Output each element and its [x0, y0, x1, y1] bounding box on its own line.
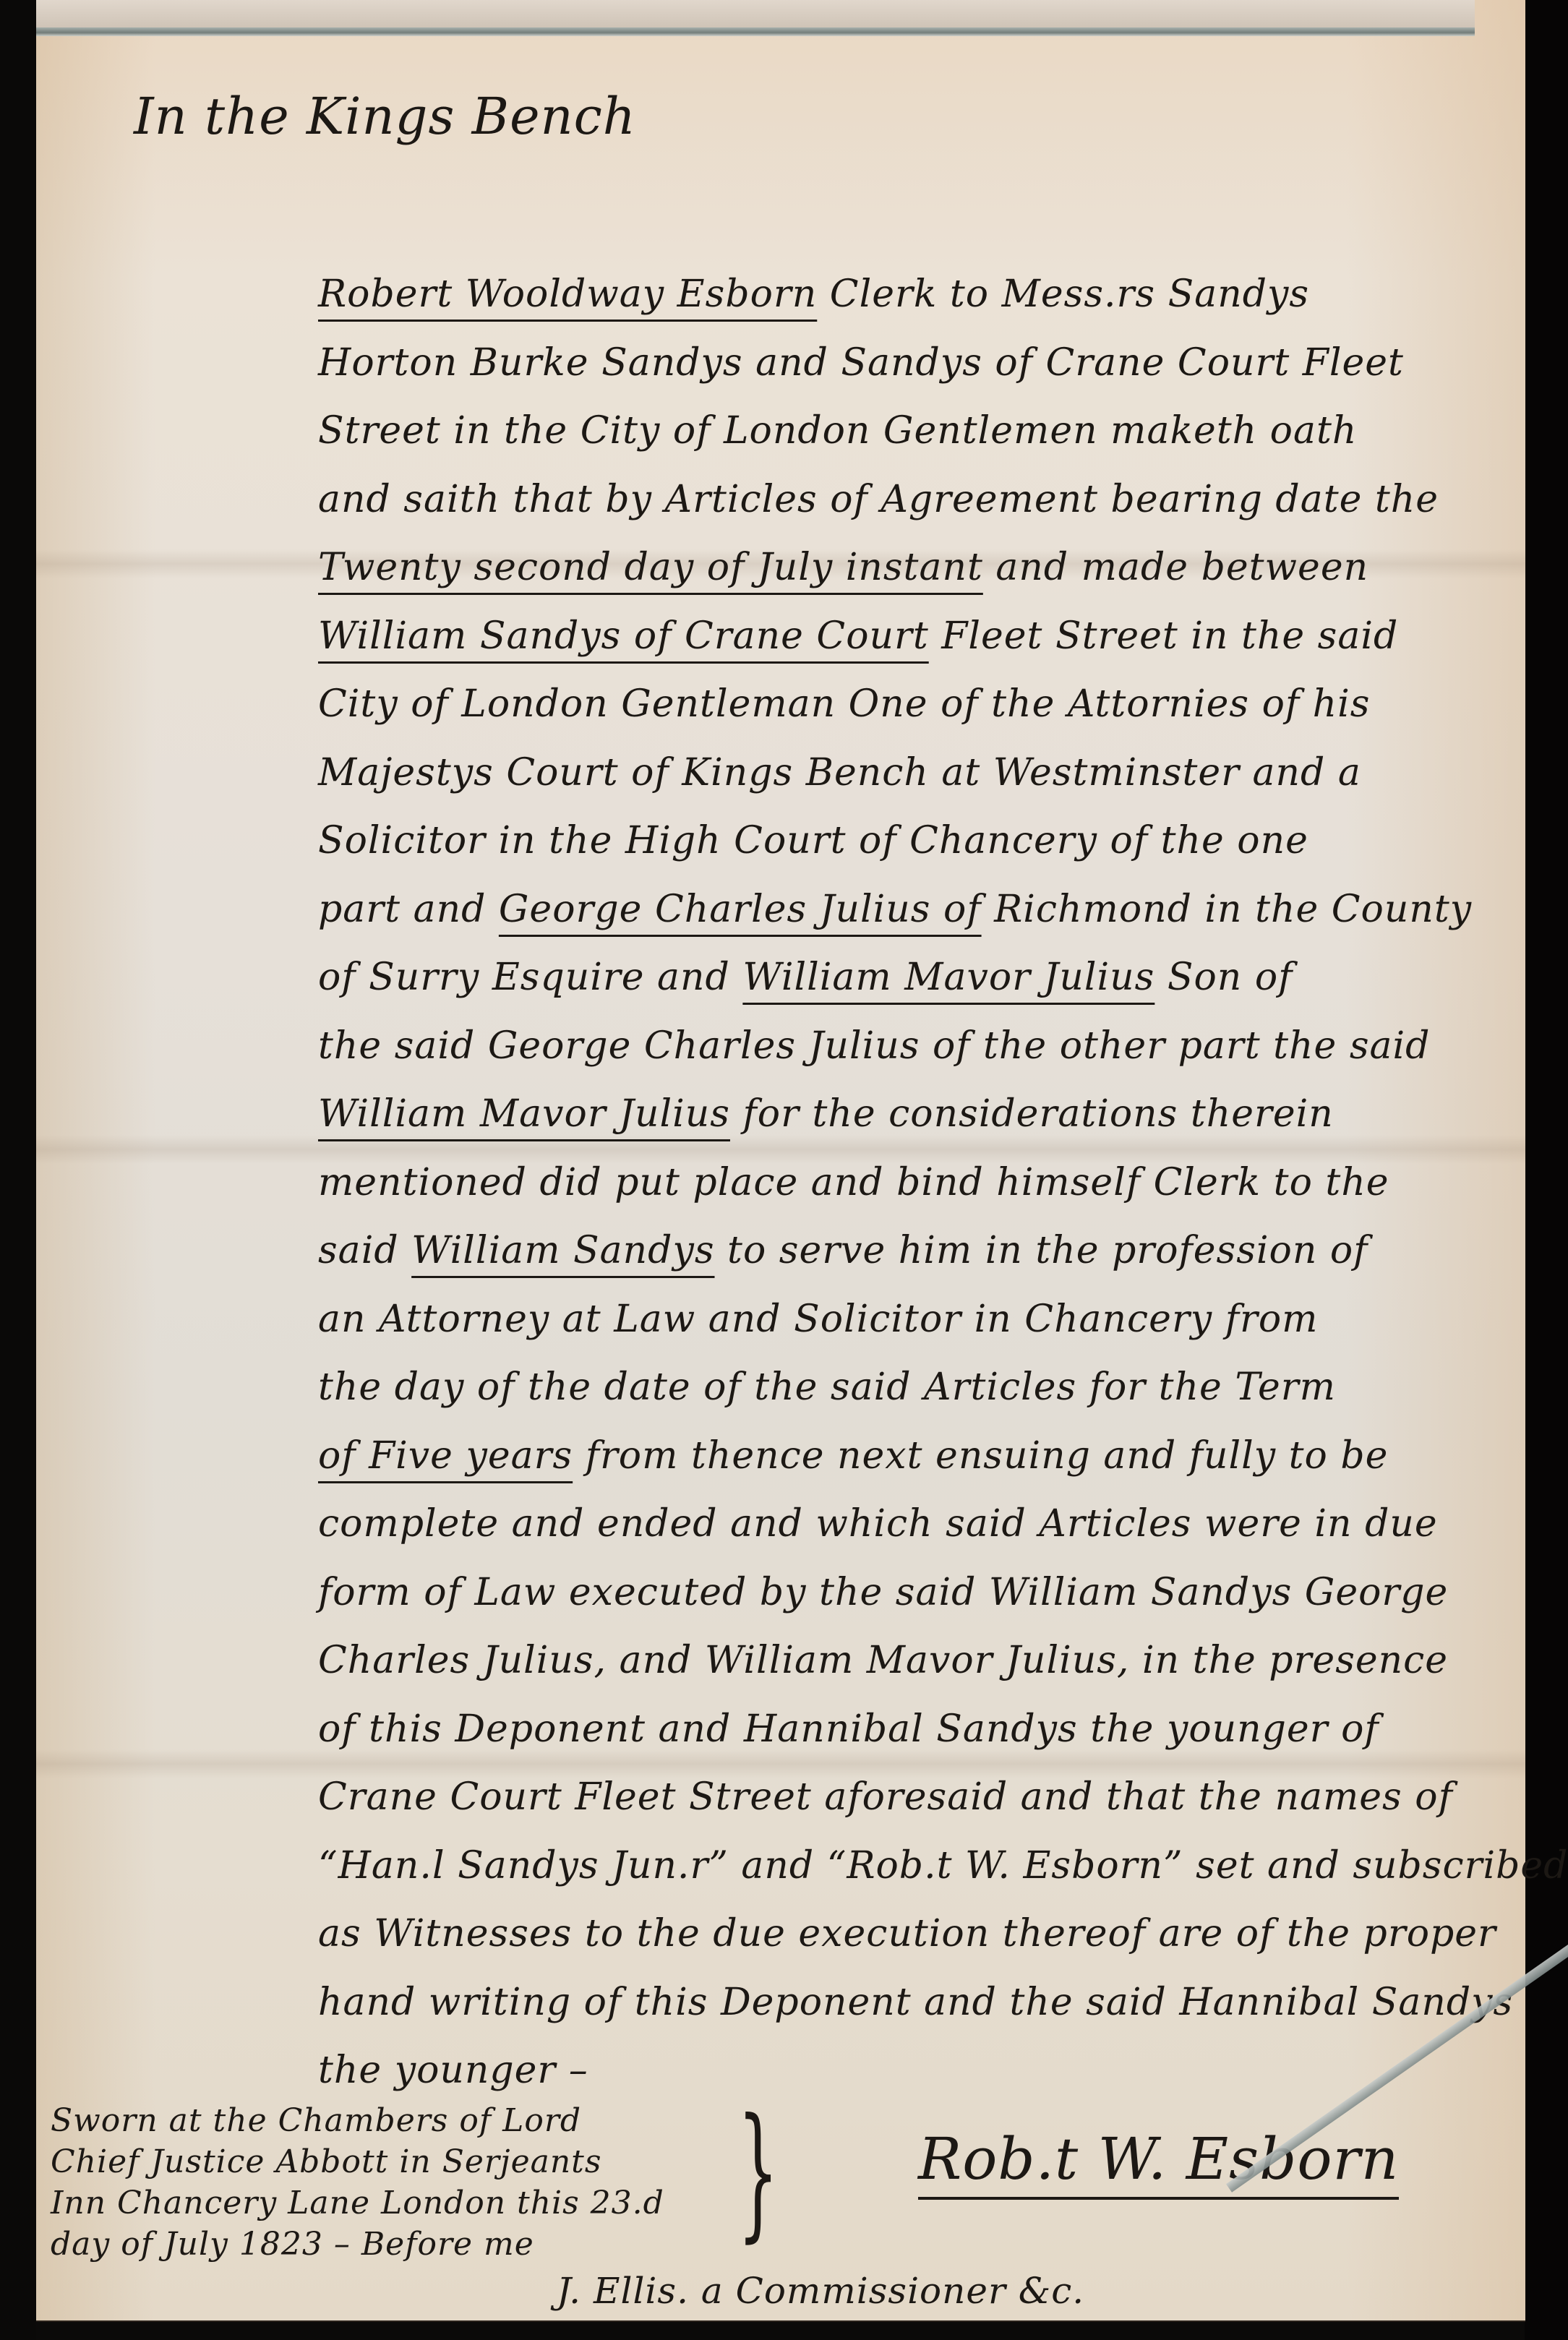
affidavit-line: the said George Charles Julius of the ot…	[318, 1012, 1518, 1081]
line-text: City of London Gentleman One of the Atto…	[318, 682, 1370, 726]
affidavit-body: Robert Wooldway Esborn Clerk to Mess.rs …	[318, 260, 1518, 2105]
underlined-name: William Sandys of Crane Court	[318, 614, 929, 658]
jurat-line: Sworn at the Chambers of Lord	[51, 2100, 745, 2141]
line-text: and saith that by Articles of Agreement …	[318, 478, 1439, 521]
affidavit-line: Twenty second day of July instant and ma…	[318, 533, 1518, 602]
affidavit-line: complete and ended and which said Articl…	[318, 1490, 1518, 1559]
underlined-name: of Five years	[318, 1434, 573, 1478]
line-text: of this Deponent and Hannibal Sandys the…	[318, 1707, 1379, 1751]
line-text: form of Law executed by the said William…	[318, 1571, 1448, 1614]
affidavit-line: form of Law executed by the said William…	[318, 1559, 1518, 1627]
line-text: Fleet Street in the said	[929, 614, 1399, 658]
scan-left-border	[0, 0, 36, 2340]
jurat-brace: }	[737, 2100, 779, 2245]
underlined-name: Twenty second day of July instant	[318, 546, 983, 589]
affidavit-line: said William Sandys to serve him in the …	[318, 1217, 1518, 1285]
affidavit-line: the day of the date of the said Articles…	[318, 1353, 1518, 1422]
line-text: complete and ended and which said Articl…	[318, 1502, 1438, 1546]
affidavit-line: Majestys Court of Kings Bench at Westmin…	[318, 739, 1518, 807]
line-text: Charles Julius, and William Mavor Julius…	[318, 1639, 1448, 1682]
affidavit-line: Street in the City of London Gentlemen m…	[318, 397, 1518, 466]
affidavit-line: Solicitor in the High Court of Chancery …	[318, 807, 1518, 875]
line-text: mentioned did put place and bind himself…	[318, 1161, 1389, 1204]
affidavit-line: of Five years from thence next ensuing a…	[318, 1422, 1518, 1491]
line-text: Street in the City of London Gentlemen m…	[318, 409, 1357, 453]
scan-background	[1525, 0, 1568, 2340]
line-text: the said George Charles Julius of the ot…	[318, 1024, 1430, 1068]
line-text: Richmond in the County	[982, 888, 1473, 931]
underlined-name: Robert Wooldway Esborn	[318, 273, 817, 316]
affidavit-line: Horton Burke Sandys and Sandys of Crane …	[318, 329, 1518, 398]
affidavit-line: of this Deponent and Hannibal Sandys the…	[318, 1695, 1518, 1764]
affidavit-line: City of London Gentleman One of the Atto…	[318, 670, 1518, 739]
underlined-name: William Sandys	[411, 1229, 714, 1272]
affidavit-line: and saith that by Articles of Agreement …	[318, 466, 1518, 534]
line-text: of Surry Esquire and	[318, 956, 742, 999]
line-text: Majestys Court of Kings Bench at Westmin…	[318, 751, 1361, 794]
line-text: an Attorney at Law and Solicitor in Chan…	[318, 1298, 1318, 1341]
line-text: as Witnesses to the due execution thereo…	[318, 1912, 1496, 1955]
line-text: Crane Court Fleet Street aforesaid and t…	[318, 1775, 1453, 1819]
court-heading: In the Kings Bench	[134, 87, 636, 146]
affidavit-line: William Sandys of Crane Court Fleet Stre…	[318, 602, 1518, 671]
affidavit-line: mentioned did put place and bind himself…	[318, 1149, 1518, 1217]
underlined-name: William Mavor Julius	[742, 956, 1154, 999]
glass-strip-edge	[36, 27, 1475, 36]
line-text: Clerk to Mess.rs Sandys	[817, 273, 1309, 316]
line-text: Solicitor in the High Court of Chancery …	[318, 819, 1308, 862]
deponent-signature: Rob.t W. Esborn	[918, 2125, 1399, 2200]
line-text: and made between	[983, 546, 1368, 589]
line-text: hand writing of this Deponent and the sa…	[318, 1981, 1513, 2024]
line-text: said	[318, 1229, 411, 1272]
affidavit-line: “Han.l Sandys Jun.r” and “Rob.t W. Esbor…	[318, 1832, 1518, 1900]
line-text: from thence next ensuing and fully to be	[573, 1434, 1388, 1478]
affidavit-line: William Mavor Julius for the considerati…	[318, 1080, 1518, 1149]
line-text: Horton Burke Sandys and Sandys of Crane …	[318, 341, 1404, 385]
line-text: the younger –	[318, 2049, 588, 2092]
affidavit-line: part and George Charles Julius of Richmo…	[318, 875, 1518, 944]
jurat-line: Inn Chancery Lane London this 23.d	[51, 2182, 745, 2224]
affidavit-line: Crane Court Fleet Street aforesaid and t…	[318, 1763, 1518, 1832]
jurat-line: Chief Justice Abbott in Serjeants	[51, 2141, 745, 2182]
line-text: the day of the date of the said Articles…	[318, 1366, 1336, 1409]
glass-strip-band	[36, 0, 1475, 27]
affidavit-line: the younger –	[318, 2036, 1518, 2105]
affidavit-line: Robert Wooldway Esborn Clerk to Mess.rs …	[318, 260, 1518, 329]
affidavit-line: of Surry Esquire and William Mavor Juliu…	[318, 943, 1518, 1012]
underlined-name: William Mavor Julius	[318, 1092, 730, 1136]
affidavit-line: Charles Julius, and William Mavor Julius…	[318, 1627, 1518, 1695]
affidavit-line: hand writing of this Deponent and the sa…	[318, 1968, 1518, 2037]
line-text: to serve him in the profession of	[715, 1229, 1368, 1272]
line-text: part and	[318, 888, 499, 931]
affidavit-line: as Witnesses to the due execution thereo…	[318, 1900, 1518, 1968]
commissioner-signature: J. Ellis. a Commissioner &c.	[557, 2270, 1084, 2312]
jurat-line: day of July 1823 – Before me	[51, 2224, 745, 2265]
jurat-block: Sworn at the Chambers of LordChief Justi…	[51, 2100, 745, 2265]
line-text: Son of	[1154, 956, 1293, 999]
underlined-name: George Charles Julius of	[499, 888, 982, 931]
line-text: for the considerations therein	[730, 1092, 1334, 1136]
affidavit-line: an Attorney at Law and Solicitor in Chan…	[318, 1285, 1518, 1354]
line-text: “Han.l Sandys Jun.r” and “Rob.t W. Esbor…	[318, 1844, 1568, 1887]
